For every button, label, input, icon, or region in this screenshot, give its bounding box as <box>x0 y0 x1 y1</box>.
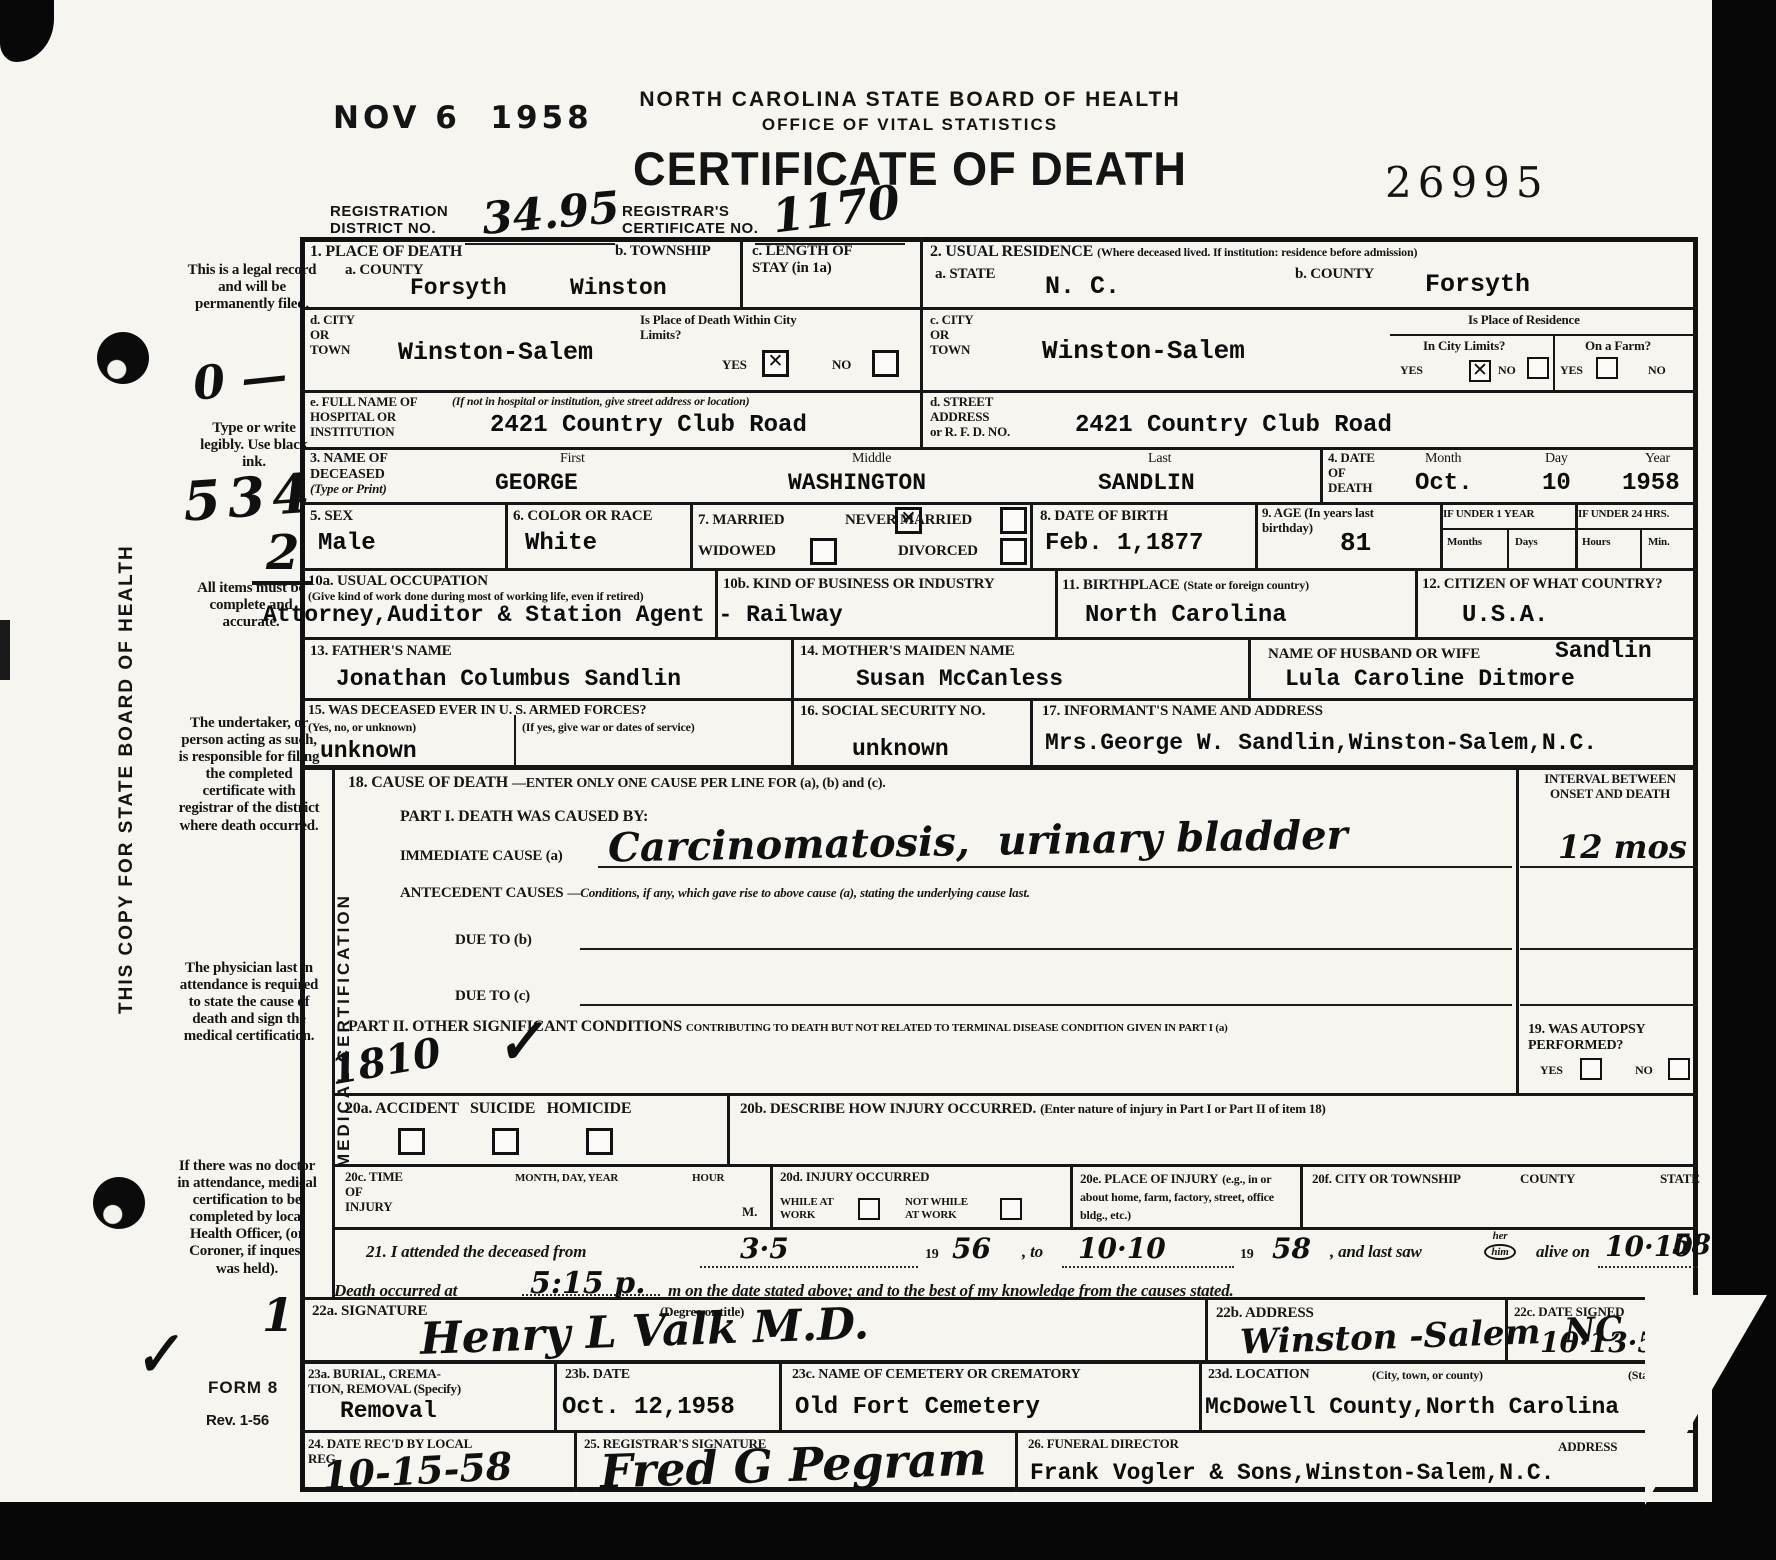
days-label: Days <box>1515 536 1537 549</box>
farm-yes-checkbox <box>1596 357 1618 379</box>
due-to-b-line <box>580 922 1512 950</box>
informant-label: 17. INFORMANT'S NAME AND ADDRESS <box>1042 703 1323 720</box>
armed-forces-note2: (If yes, give war or dates of service) <box>522 721 695 735</box>
last-saw-label: , and last saw <box>1330 1242 1422 1261</box>
margin-no-doctor-note: If there was no doctor in attendance, me… <box>176 1158 318 1278</box>
citizen-label: 12. CITIZEN OF WHAT COUNTRY? <box>1422 576 1662 593</box>
street-label: d. STREET ADDRESS or R. F. D. NO. <box>930 395 1010 439</box>
form-number: FORM 8 <box>208 1378 278 1397</box>
location-value: McDowell County,North Carolina <box>1205 1394 1619 1420</box>
spouse-label: NAME OF HUSBAND OR WIFE <box>1268 646 1480 663</box>
cause-of-death-note: —ENTER ONLY ONE CAUSE PER LINE FOR (a), … <box>512 776 886 791</box>
part2-note: CONTRIBUTING TO DEATH BUT NOT RELATED TO… <box>686 1022 1228 1034</box>
birthplace-label: 11. BIRTHPLACE <box>1062 577 1180 593</box>
mother-value: Susan McCanless <box>856 666 1063 692</box>
death-city-value: Winston-Salem <box>398 338 593 367</box>
while-at-work-checkbox <box>858 1198 880 1220</box>
death-city-label: d. CITY OR TOWN <box>310 313 355 357</box>
to-label: , to <box>1022 1242 1043 1261</box>
serial-number: 26995 <box>1385 158 1549 207</box>
death-month-value: Oct. <box>1415 470 1473 497</box>
attended-to-year-value: 58 <box>1272 1232 1311 1265</box>
time-of-injury-label: 20c. TIME OF INJURY <box>345 1170 403 1214</box>
homicide-checkbox <box>586 1128 613 1155</box>
race-label: 6. COLOR OR RACE <box>513 508 652 525</box>
header-block: NORTH CAROLINA STATE BOARD OF HEALTH OFF… <box>560 88 1260 196</box>
father-label: 13. FATHER'S NAME <box>310 643 451 660</box>
scan-bottom-band <box>0 1502 1776 1560</box>
place-of-death-label: 1. PLACE OF DEATH <box>310 243 462 261</box>
min-label: Min. <box>1648 536 1670 549</box>
injury-state-label: STATE <box>1660 1172 1700 1187</box>
location-note1: (City, town, or county) <box>1372 1369 1483 1383</box>
birthplace-note: (State or foreign country) <box>1184 578 1309 592</box>
residence-county-value: Forsyth <box>1425 270 1530 299</box>
occupation-value: Attorney,Auditor & Station Agent - Railw… <box>263 602 843 628</box>
cause-of-death-label: 18. CAUSE OF DEATH <box>348 774 508 791</box>
age-value: 81 <box>1340 528 1371 558</box>
interval-line <box>1520 840 1698 868</box>
place-of-injury-label: 20e. PLACE OF INJURY <box>1080 1171 1218 1186</box>
first-name-label: First <box>560 451 585 467</box>
injury-occurred-label: 20d. INJURY OCCURRED <box>780 1170 929 1185</box>
divorced-checkbox <box>1000 538 1027 565</box>
institution-note: (If not in hospital or institution, give… <box>452 395 749 409</box>
length-of-stay-label: c. LENGTH OF STAY (in 1a) <box>752 243 853 277</box>
death-occurred-label: Death occurred at <box>334 1281 457 1300</box>
funeral-director-label: 26. FUNERAL DIRECTOR <box>1028 1437 1179 1452</box>
under-24-hrs-label: IF UNDER 24 HRS. <box>1578 508 1669 521</box>
attended-from-line <box>700 1240 918 1268</box>
margin-handwritten-one: 1 <box>262 1288 294 1342</box>
describe-injury-label: 20b. DESCRIBE HOW INJURY OCCURRED. <box>740 1101 1036 1117</box>
married-label: 7. MARRIED <box>698 512 784 529</box>
death-time-line <box>522 1272 660 1296</box>
armed-forces-label: 15. WAS DECEASED EVER IN U. S. ARMED FOR… <box>308 703 788 719</box>
spouse-value: Lula Caroline Ditmore <box>1285 666 1575 692</box>
county-value: Forsyth <box>410 275 507 301</box>
first-name-value: GEORGE <box>495 470 578 496</box>
usual-residence-note: (Where deceased lived. If institution: r… <box>1097 245 1417 259</box>
birth-date-label: 8. DATE OF BIRTH <box>1040 508 1168 525</box>
birth-date-value: Feb. 1,1877 <box>1045 530 1203 557</box>
never-married-checkbox <box>1000 507 1027 534</box>
him-option-circled: him <box>1484 1244 1515 1260</box>
immediate-cause-label: IMMEDIATE CAUSE (a) <box>400 848 563 865</box>
institution-value: 2421 Country Club Road <box>490 412 807 439</box>
divorced-label: DIVORCED <box>898 543 978 560</box>
residence-city-value: Winston-Salem <box>1042 336 1245 366</box>
death-city-no-checkbox <box>872 350 899 377</box>
due-to-b-interval-line <box>1520 922 1698 950</box>
margin-handwritten-checkmark: ✓ <box>129 1319 185 1391</box>
residence-city-label: c. CITY OR TOWN <box>930 313 973 357</box>
never-married-label: NEVER MARRIED <box>845 512 972 529</box>
board-title: NORTH CAROLINA STATE BOARD OF HEALTH <box>560 88 1260 112</box>
funeral-address-label: ADDRESS <box>1558 1440 1617 1455</box>
informant-value: Mrs.George W. Sandlin,Winston-Salem,N.C. <box>1045 730 1597 756</box>
hours-label: Hours <box>1582 536 1610 549</box>
usual-residence-label: 2. USUAL RESIDENCE <box>930 243 1093 260</box>
hour-label: HOUR <box>692 1172 724 1185</box>
certificate-title: CERTIFICATE OF DEATH <box>574 141 1246 196</box>
not-while-at-work-label: NOT WHILE AT WORK <box>905 1196 968 1221</box>
cemetery-value: Old Fort Cemetery <box>795 1394 1040 1421</box>
res-city-yes-label: YES <box>1400 364 1423 378</box>
injury-county-label: COUNTY <box>1520 1172 1575 1187</box>
page-dog-ear <box>1645 1295 1767 1505</box>
suicide-checkbox <box>492 1128 519 1155</box>
residence-state-label: a. STATE <box>935 266 995 283</box>
father-value: Jonathan Columbus Sandlin <box>336 666 681 692</box>
widowed-label: WIDOWED <box>698 543 776 560</box>
due-to-c-line <box>580 978 1512 1006</box>
death-day-value: 10 <box>1542 470 1571 497</box>
antecedent-note: —Conditions, if any, which gave rise to … <box>567 885 1029 900</box>
township-value: Winston <box>570 275 667 301</box>
due-to-c-label: DUE TO (c) <box>455 988 530 1005</box>
burial-date-label: 23b. DATE <box>565 1367 630 1383</box>
scan-edge-artifact <box>0 620 10 680</box>
burial-label: 23a. BURIAL, CREMA- TION, REMOVAL (Speci… <box>308 1367 461 1397</box>
farm-yes-label: YES <box>1560 364 1583 378</box>
registrar-cert-label: Registrar's Certificate No. <box>622 203 758 237</box>
physician-address-label: 22b. ADDRESS <box>1216 1305 1314 1322</box>
antecedent-label: ANTECEDENT CAUSES <box>400 885 563 901</box>
death-month-label: Month <box>1425 451 1461 467</box>
from-year-prefix: 19 <box>925 1247 939 1263</box>
not-while-at-work-checkbox <box>1000 1198 1022 1220</box>
ssn-label: 16. SOCIAL SECURITY NO. <box>800 703 985 720</box>
business-label: 10b. KIND OF BUSINESS OR INDUSTRY <box>723 576 995 593</box>
degree-label: (Degree or title) <box>660 1305 744 1320</box>
received-date-stamp: NOV 6 1958 <box>333 100 593 136</box>
date-signed-label: 22c. DATE SIGNED <box>1514 1305 1624 1320</box>
last-seen-year-value: 58 <box>1672 1228 1711 1261</box>
residence-county-label: b. COUNTY <box>1295 266 1374 283</box>
due-to-b-label: DUE TO (b) <box>455 932 532 949</box>
location-label: 23d. LOCATION <box>1208 1367 1309 1383</box>
birthplace-header: 11. BIRTHPLACE (State or foreign country… <box>1062 576 1402 594</box>
occupation-label: 10a. USUAL OCCUPATION <box>308 573 488 590</box>
burial-value: Removal <box>340 1398 437 1424</box>
death-date-label: 4. DATE OF DEATH <box>1328 451 1375 495</box>
autopsy-yes-label: YES <box>1540 1064 1563 1078</box>
alive-on-label: alive on <box>1536 1242 1590 1261</box>
death-day-label: Day <box>1545 451 1568 467</box>
last-name-label: Last <box>1148 451 1171 467</box>
accident-checkbox <box>398 1128 425 1155</box>
scan-corner-artifact <box>0 0 54 62</box>
middle-name-label: Middle <box>852 451 891 467</box>
middle-name-value: WASHINGTON <box>788 470 926 496</box>
deceased-name-label: 3. NAME OF DECEASED <box>310 451 388 483</box>
death-occurred-note: m on the date stated above; and to the b… <box>668 1281 1234 1300</box>
while-at-work-label: WHILE AT WORK <box>780 1196 834 1221</box>
margin-handwritten-534: 534 <box>181 460 319 533</box>
attended-statement: 21. I attended the deceased from <box>366 1242 586 1261</box>
last-name-value: SANDLIN <box>1098 470 1195 496</box>
in-city-question: In City Limits? <box>1423 339 1505 354</box>
death-city-yes-checkbox <box>762 350 789 377</box>
death-year-label: Year <box>1645 451 1670 467</box>
residence-question: Is Place of Residence <box>1468 313 1580 328</box>
cemetery-label: 23c. NAME OF CEMETERY OR CREMATORY <box>792 1367 1081 1383</box>
armed-forces-note1: (Yes, no, or unknown) <box>308 721 416 735</box>
residence-state-value: N. C. <box>1045 272 1120 301</box>
attended-from-year-value: 56 <box>952 1232 991 1265</box>
antecedent-header: ANTECEDENT CAUSES —Conditions, if any, w… <box>400 884 1500 902</box>
attended-from-value: 3·5 <box>740 1232 789 1265</box>
death-limits-question: Is Place of Death Within City Limits? <box>640 313 910 343</box>
her-option: her <box>1472 1231 1528 1242</box>
mother-label: 14. MOTHER'S MAIDEN NAME <box>800 643 1014 660</box>
her-him-choice: her him <box>1472 1231 1528 1260</box>
attended-to-value: 10·10 <box>1078 1232 1166 1265</box>
immediate-cause-line <box>598 840 1512 868</box>
describe-injury-header: 20b. DESCRIBE HOW INJURY OCCURRED. (Ente… <box>740 1100 1690 1118</box>
autopsy-yes-checkbox <box>1580 1058 1602 1080</box>
farm-question: On a Farm? <box>1585 339 1651 354</box>
death-year-value: 1958 <box>1622 470 1680 497</box>
death-certificate-page: This is a legal record and will be perma… <box>0 0 1776 1560</box>
usual-residence-header: 2. USUAL RESIDENCE (Where deceased lived… <box>930 243 1530 261</box>
burial-date-value: Oct. 12,1958 <box>562 1394 735 1421</box>
race-value: White <box>525 530 597 557</box>
describe-injury-note: (Enter nature of injury in Part I or Par… <box>1040 1101 1326 1116</box>
months-label: Months <box>1447 536 1482 549</box>
street-value: 2421 Country Club Road <box>1075 412 1392 439</box>
res-city-no-checkbox <box>1527 357 1549 379</box>
signature-label: 22a. SIGNATURE <box>312 1303 427 1320</box>
birthplace-value: North Carolina <box>1085 602 1287 629</box>
margin-vertical-note: THIS COPY FOR STATE BOARD OF HEALTH <box>116 540 146 1018</box>
margin-handwritten-zero: 0 — <box>190 347 289 411</box>
citizen-value: U.S.A. <box>1462 602 1548 629</box>
injury-city-township-label: 20f. CITY OR TOWNSHIP <box>1312 1172 1461 1187</box>
reg-district-label: Registration District No. <box>330 203 448 237</box>
due-to-c-interval-line <box>1520 978 1698 1006</box>
farm-no-label: NO <box>1648 364 1666 378</box>
autopsy-no-label: NO <box>1635 1064 1653 1078</box>
death-city-yes-label: YES <box>722 358 747 373</box>
form-revision: Rev. 1-56 <box>206 1412 269 1429</box>
widowed-checkbox <box>810 538 837 565</box>
institution-label: e. FULL NAME OF HOSPITAL OR INSTITUTION <box>310 395 418 439</box>
interval-label: INTERVAL BETWEEN ONSET AND DEATH <box>1524 772 1696 802</box>
res-city-no-label: NO <box>1498 364 1516 378</box>
margin-undertaker-note: The undertaker, or person acting as such… <box>178 715 320 835</box>
res-city-yes-checkbox <box>1469 360 1491 382</box>
sex-label: 5. SEX <box>310 508 353 525</box>
ssn-value: unknown <box>852 736 949 762</box>
autopsy-no-checkbox <box>1668 1058 1690 1080</box>
under-1-year-label: IF UNDER 1 YEAR <box>1443 508 1534 521</box>
deceased-name-note: (Type or Print) <box>310 482 387 497</box>
autopsy-label: 19. WAS AUTOPSY PERFORMED? <box>1528 1022 1645 1054</box>
armed-forces-value: unknown <box>320 738 417 764</box>
punch-hole-bottom <box>93 1177 145 1229</box>
place-of-injury-header: 20e. PLACE OF INJURY (e.g., in or about … <box>1080 1170 1295 1224</box>
funeral-director-value: Frank Vogler & Sons,Winston-Salem,N.C. <box>1030 1460 1555 1486</box>
accident-suicide-homicide-label: 20a. ACCIDENT SUICIDE HOMICIDE <box>345 1100 631 1118</box>
township-label: b. TOWNSHIP <box>615 243 711 260</box>
sex-value: Male <box>318 530 376 557</box>
cause-of-death-header: 18. CAUSE OF DEATH —ENTER ONLY ONE CAUSE… <box>348 774 1498 792</box>
death-city-no-label: NO <box>832 358 851 373</box>
meridiem-label: M. <box>742 1205 757 1220</box>
spouse-surname-value: Sandlin <box>1555 638 1652 664</box>
punch-hole-top <box>97 332 149 384</box>
office-subtitle: OFFICE OF VITAL STATISTICS <box>560 115 1260 135</box>
to-year-prefix: 19 <box>1240 1247 1254 1263</box>
part2-handwritten-checkmark: ✓ <box>492 1006 547 1079</box>
time-of-injury-note: MONTH, DAY, YEAR <box>515 1172 618 1185</box>
